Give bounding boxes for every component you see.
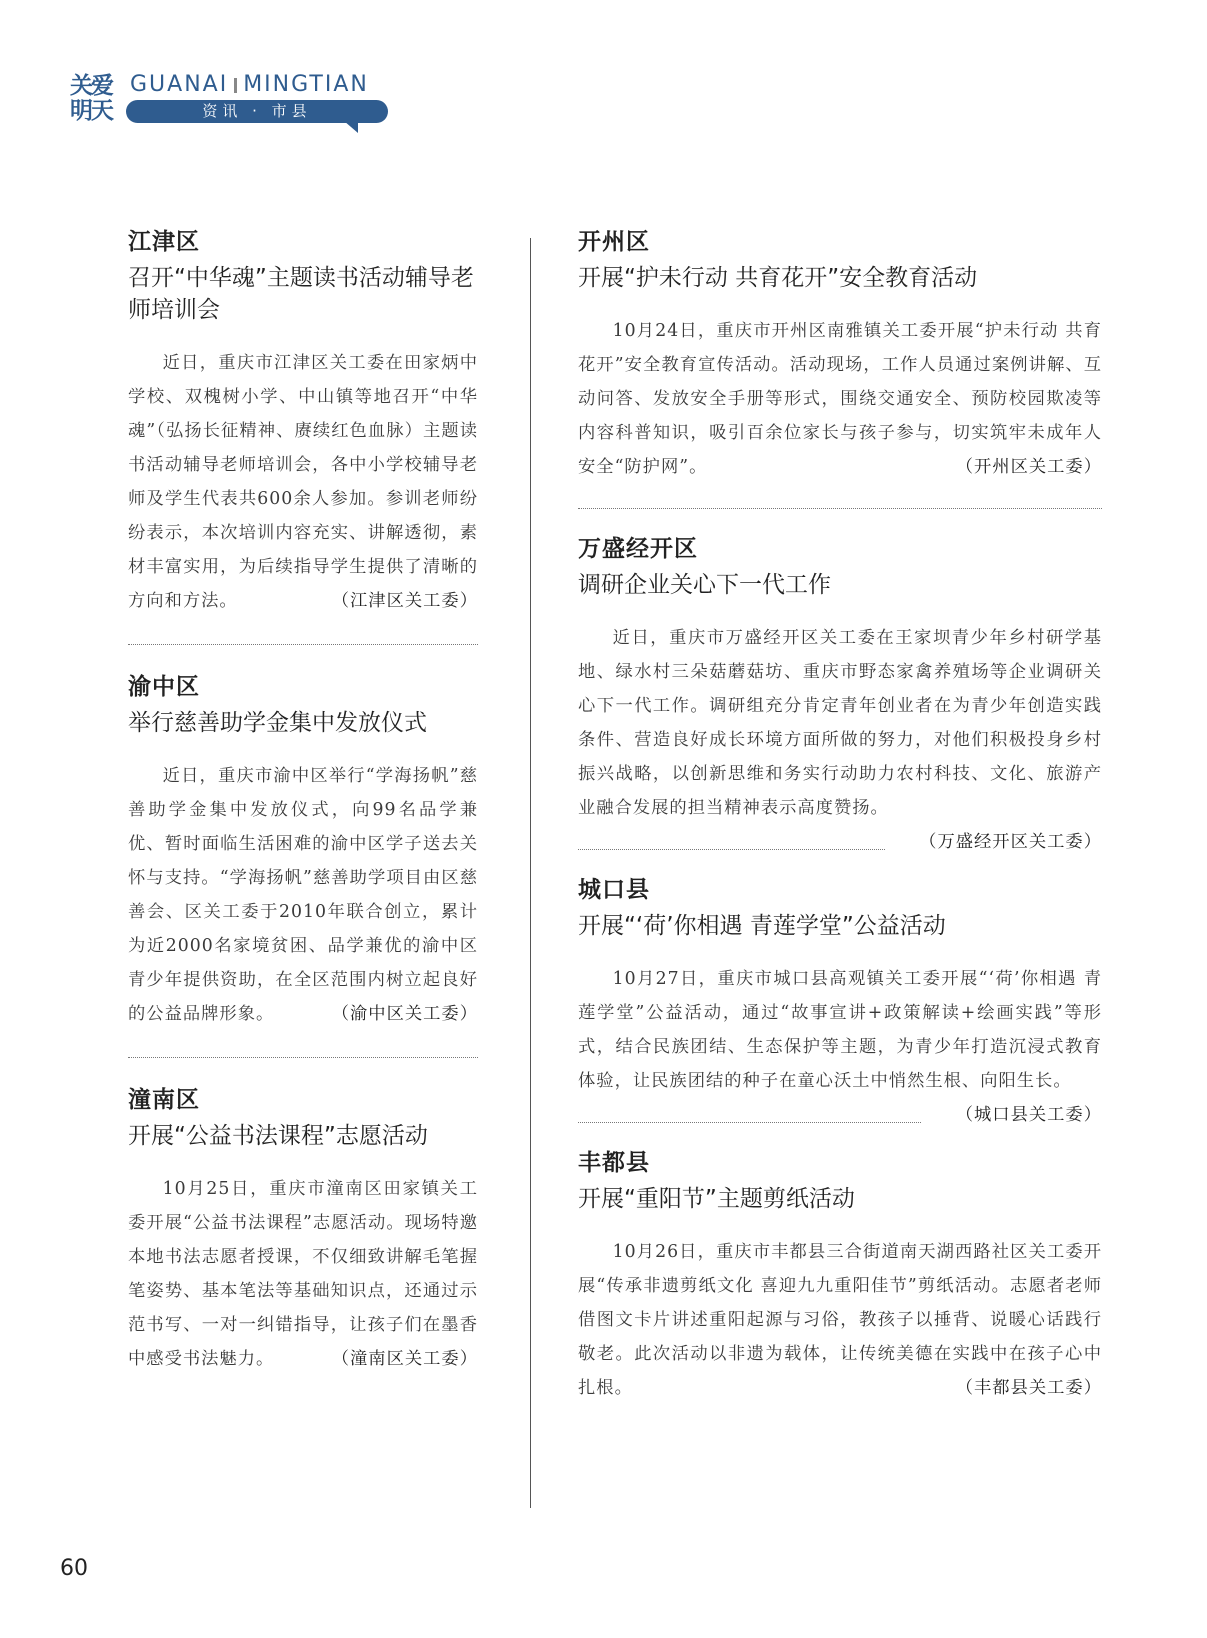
article-region: 城口县 (578, 874, 1102, 906)
article-divider (578, 849, 885, 850)
article-body-text: 近日，重庆市渝中区举行“学海扬帆”慈善助学金集中发放仪式，向99名品学兼优、暂时… (128, 766, 478, 1024)
left-column: 江津区 召开“中华魂”主题读书活动辅导老师培训会 近日，重庆市江津区关工委在田家… (128, 226, 478, 1376)
article-source: （渝中区关工委） (297, 997, 478, 1031)
article-headline: 调研企业关心下一代工作 (578, 569, 1102, 601)
article-jiangjin: 江津区 召开“中华魂”主题读书活动辅导老师培训会 近日，重庆市江津区关工委在田家… (128, 226, 478, 618)
article-body: 近日，重庆市万盛经开区关工委在王家坝青少年乡村研学基地、绿水村三朵菇蘑菇坊、重庆… (578, 621, 1102, 825)
logo-separator (234, 78, 237, 93)
article-source: （潼南区关工委） (297, 1342, 478, 1376)
article-divider (578, 508, 1102, 509)
article-body: 近日，重庆市渝中区举行“学海扬帆”慈善助学金集中发放仪式，向99名品学兼优、暂时… (128, 759, 478, 1031)
article-region: 渝中区 (128, 671, 478, 703)
article-region: 万盛经开区 (578, 533, 1102, 565)
article-body-text: 近日，重庆市江津区关工委在田家炳中学校、双槐树小学、中山镇等地召开“中华魂”（弘… (128, 353, 478, 611)
article-source: （丰都县关工委） (921, 1371, 1102, 1405)
article-headline: 开展“重阳节”主题剪纸活动 (578, 1183, 1102, 1215)
article-region: 开州区 (578, 226, 1102, 258)
article-source: （江津区关工委） (297, 584, 478, 618)
article-body-text: 10月25日，重庆市潼南区田家镇关工委开展“公益书法课程”志愿活动。现场特邀本地… (128, 1179, 478, 1369)
page-number: 60 (60, 1556, 88, 1581)
article-body: 10月24日，重庆市开州区南雅镇关工委开展“护未行动 共育花开”安全教育宣传活动… (578, 314, 1102, 484)
article-source: （万盛经开区关工委） (885, 825, 1102, 859)
article-headline: 举行慈善助学金集中发放仪式 (128, 707, 478, 739)
article-headline: 开展“‘荷’你相遇 青莲学堂”公益活动 (578, 910, 1102, 942)
magazine-header: 关爱明天 GUANAIMINGTIAN 资讯 · 市县 (66, 70, 396, 132)
article-body: 10月27日，重庆市城口县高观镇关工委开展“‘荷’你相遇 青莲学堂”公益活动，通… (578, 962, 1102, 1098)
article-divider (128, 1057, 478, 1058)
article-fengdu: 丰都县 开展“重阳节”主题剪纸活动 10月26日，重庆市丰都县三合街道南天湖西路… (578, 1147, 1102, 1405)
column-divider (530, 238, 531, 1508)
article-region: 潼南区 (128, 1084, 478, 1116)
article-body: 近日，重庆市江津区关工委在田家炳中学校、双槐树小学、中山镇等地召开“中华魂”（弘… (128, 346, 478, 618)
article-headline: 开展“公益书法课程”志愿活动 (128, 1120, 478, 1152)
article-headline: 开展“护未行动 共育花开”安全教育活动 (578, 262, 1102, 294)
logo-en-left: GUANAI (130, 72, 228, 97)
section-label: 资讯 · 市县 (126, 100, 388, 123)
article-chengkou: 城口县 开展“‘荷’你相遇 青莲学堂”公益活动 10月27日，重庆市城口县高观镇… (578, 874, 1102, 1098)
right-column: 开州区 开展“护未行动 共育花开”安全教育活动 10月24日，重庆市开州区南雅镇… (578, 226, 1102, 1405)
article-source: （城口县关工委） (921, 1098, 1102, 1132)
article-body-text: 10月27日，重庆市城口县高观镇关工委开展“‘荷’你相遇 青莲学堂”公益活动，通… (578, 969, 1102, 1091)
logo-chinese: 关爱明天 (70, 74, 118, 124)
article-region: 丰都县 (578, 1147, 1102, 1179)
logo-english: GUANAIMINGTIAN (130, 72, 369, 97)
article-kaizhou: 开州区 开展“护未行动 共育花开”安全教育活动 10月24日，重庆市开州区南雅镇… (578, 226, 1102, 484)
article-headline: 召开“中华魂”主题读书活动辅导老师培训会 (128, 262, 478, 326)
article-divider (578, 1122, 921, 1123)
article-divider (128, 644, 478, 645)
article-region: 江津区 (128, 226, 478, 258)
article-body: 10月25日，重庆市潼南区田家镇关工委开展“公益书法课程”志愿活动。现场特邀本地… (128, 1172, 478, 1376)
article-body: 10月26日，重庆市丰都县三合街道南天湖西路社区关工委开展“传承非遗剪纸文化 喜… (578, 1235, 1102, 1405)
article-body-text: 近日，重庆市万盛经开区关工委在王家坝青少年乡村研学基地、绿水村三朵菇蘑菇坊、重庆… (578, 628, 1102, 818)
article-tongnan: 潼南区 开展“公益书法课程”志愿活动 10月25日，重庆市潼南区田家镇关工委开展… (128, 1084, 478, 1376)
logo-en-right: MINGTIAN (243, 72, 369, 97)
article-source: （开州区关工委） (921, 450, 1102, 484)
article-yuzhong: 渝中区 举行慈善助学金集中发放仪式 近日，重庆市渝中区举行“学海扬帆”慈善助学金… (128, 671, 478, 1031)
article-wansheng: 万盛经开区 调研企业关心下一代工作 近日，重庆市万盛经开区关工委在王家坝青少年乡… (578, 533, 1102, 825)
